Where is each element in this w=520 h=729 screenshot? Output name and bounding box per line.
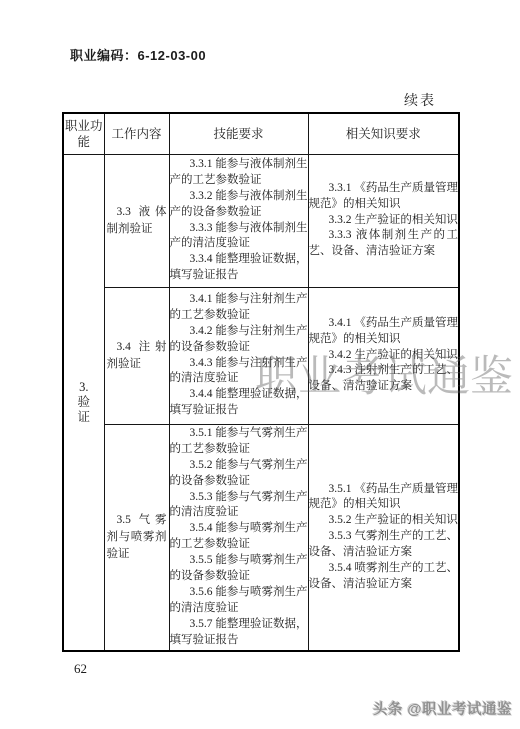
table-row: 3. 验证 3.3 液体制剂验证 3.3.1 能参与液体制剂生产的工艺参数验证 … — [63, 154, 459, 287]
skill-item: 3.5.4 能参与喷雾剂生产的工艺参数验证 — [170, 521, 308, 553]
header-occupation-function: 职业功能 — [63, 113, 104, 154]
knowledge-item: 3.5.2 生产验证的相关知识 — [309, 513, 459, 529]
work-content-cell: 3.3 液体制剂验证 — [104, 154, 169, 287]
skill-item: 3.5.6 能参与喷雾剂生产的清洁度验证 — [170, 585, 308, 617]
skill-item: 3.5.7 能整理验证数据，填写验证报告 — [170, 617, 308, 649]
knowledge-item: 3.5.3 气雾剂生产的工艺、设备、清洁验证方案 — [309, 529, 459, 561]
table-row: 3.4 注射剂验证 3.4.1 能参与注射剂生产的工艺参数验证 3.4.2 能参… — [63, 287, 459, 424]
skill-item: 3.4.3 能参与注射剂生产的清洁度验证 — [170, 356, 308, 388]
knowledge-item: 3.5.1 《药品生产质量管理规范》的相关知识 — [309, 482, 459, 514]
work-content-cell: 3.5 气雾剂与喷雾剂验证 — [104, 424, 169, 651]
continued-table-label: 续表 — [404, 90, 436, 110]
table-row: 3.5 气雾剂与喷雾剂验证 3.5.1 能参与气雾剂生产的工艺参数验证 3.5.… — [63, 424, 459, 651]
function-label: 3. 验证 — [64, 380, 104, 425]
skill-item: 3.5.3 能参与气雾剂生产的清洁度验证 — [170, 490, 308, 522]
knowledge-cell: 3.5.1 《药品生产质量管理规范》的相关知识 3.5.2 生产验证的相关知识 … — [308, 424, 459, 651]
skills-cell: 3.4.1 能参与注射剂生产的工艺参数验证 3.4.2 能参与注射剂生产的设备参… — [169, 287, 308, 424]
skills-cell: 3.5.1 能参与气雾剂生产的工艺参数验证 3.5.2 能参与气雾剂生产的设备参… — [169, 424, 308, 651]
skills-requirements-table: 职业功能 工作内容 技能要求 相关知识要求 3. 验证 3.3 液体制剂验证 3… — [62, 112, 460, 652]
occupation-code-label: 职业编码：6-12-03-00 — [70, 45, 206, 64]
knowledge-item: 3.4.1 《药品生产质量管理规范》的相关知识 — [309, 316, 459, 348]
skill-item: 3.5.2 能参与气雾剂生产的设备参数验证 — [170, 458, 308, 490]
skills-cell: 3.3.1 能参与液体制剂生产的工艺参数验证 3.3.2 能参与液体制剂生产的设… — [169, 154, 308, 287]
knowledge-item: 3.4.3 注射剂生产的工艺、设备、清洁验证方案 — [309, 363, 459, 395]
knowledge-item: 3.3.2 生产验证的相关知识 — [309, 213, 459, 229]
skill-item: 3.3.4 能整理验证数据，填写验证报告 — [170, 252, 308, 284]
function-number: 3. — [79, 380, 88, 395]
table-header-row: 职业功能 工作内容 技能要求 相关知识要求 — [63, 113, 459, 154]
skill-item: 3.5.1 能参与气雾剂生产的工艺参数验证 — [170, 426, 308, 458]
knowledge-item: 3.3.3 液体制剂生产的工艺、设备、清洁验证方案 — [309, 228, 459, 260]
document-page: { "page": { "occupation_code": "职业编码：6-1… — [0, 0, 520, 729]
knowledge-item: 3.3.1 《药品生产质量管理规范》的相关知识 — [309, 181, 459, 213]
header-knowledge-requirements: 相关知识要求 — [308, 113, 459, 154]
footer-watermark: 头条 @职业考试通鉴 — [373, 698, 512, 719]
page-number: 62 — [74, 661, 87, 677]
skill-item: 3.4.1 能参与注射剂生产的工艺参数验证 — [170, 292, 308, 324]
skill-item: 3.3.3 能参与液体制剂生产的清洁度验证 — [170, 221, 308, 253]
skill-item: 3.3.1 能参与液体制剂生产的工艺参数验证 — [170, 157, 308, 189]
skill-item: 3.4.4 能整理验证数据，填写验证报告 — [170, 387, 308, 419]
knowledge-cell: 3.4.1 《药品生产质量管理规范》的相关知识 3.4.2 生产验证的相关知识 … — [308, 287, 459, 424]
function-text: 验证 — [77, 395, 91, 425]
header-work-content: 工作内容 — [104, 113, 169, 154]
skill-item: 3.4.2 能参与注射剂生产的设备参数验证 — [170, 324, 308, 356]
skill-item: 3.5.5 能参与喷雾剂生产的设备参数验证 — [170, 553, 308, 585]
function-cell-validation: 3. 验证 — [63, 154, 104, 651]
knowledge-item: 3.4.2 生产验证的相关知识 — [309, 348, 459, 364]
work-content-cell: 3.4 注射剂验证 — [104, 287, 169, 424]
knowledge-cell: 3.3.1 《药品生产质量管理规范》的相关知识 3.3.2 生产验证的相关知识 … — [308, 154, 459, 287]
knowledge-item: 3.5.4 喷雾剂生产的工艺、设备、清洁验证方案 — [309, 561, 459, 593]
skill-item: 3.3.2 能参与液体制剂生产的设备参数验证 — [170, 189, 308, 221]
header-skill-requirements: 技能要求 — [169, 113, 308, 154]
